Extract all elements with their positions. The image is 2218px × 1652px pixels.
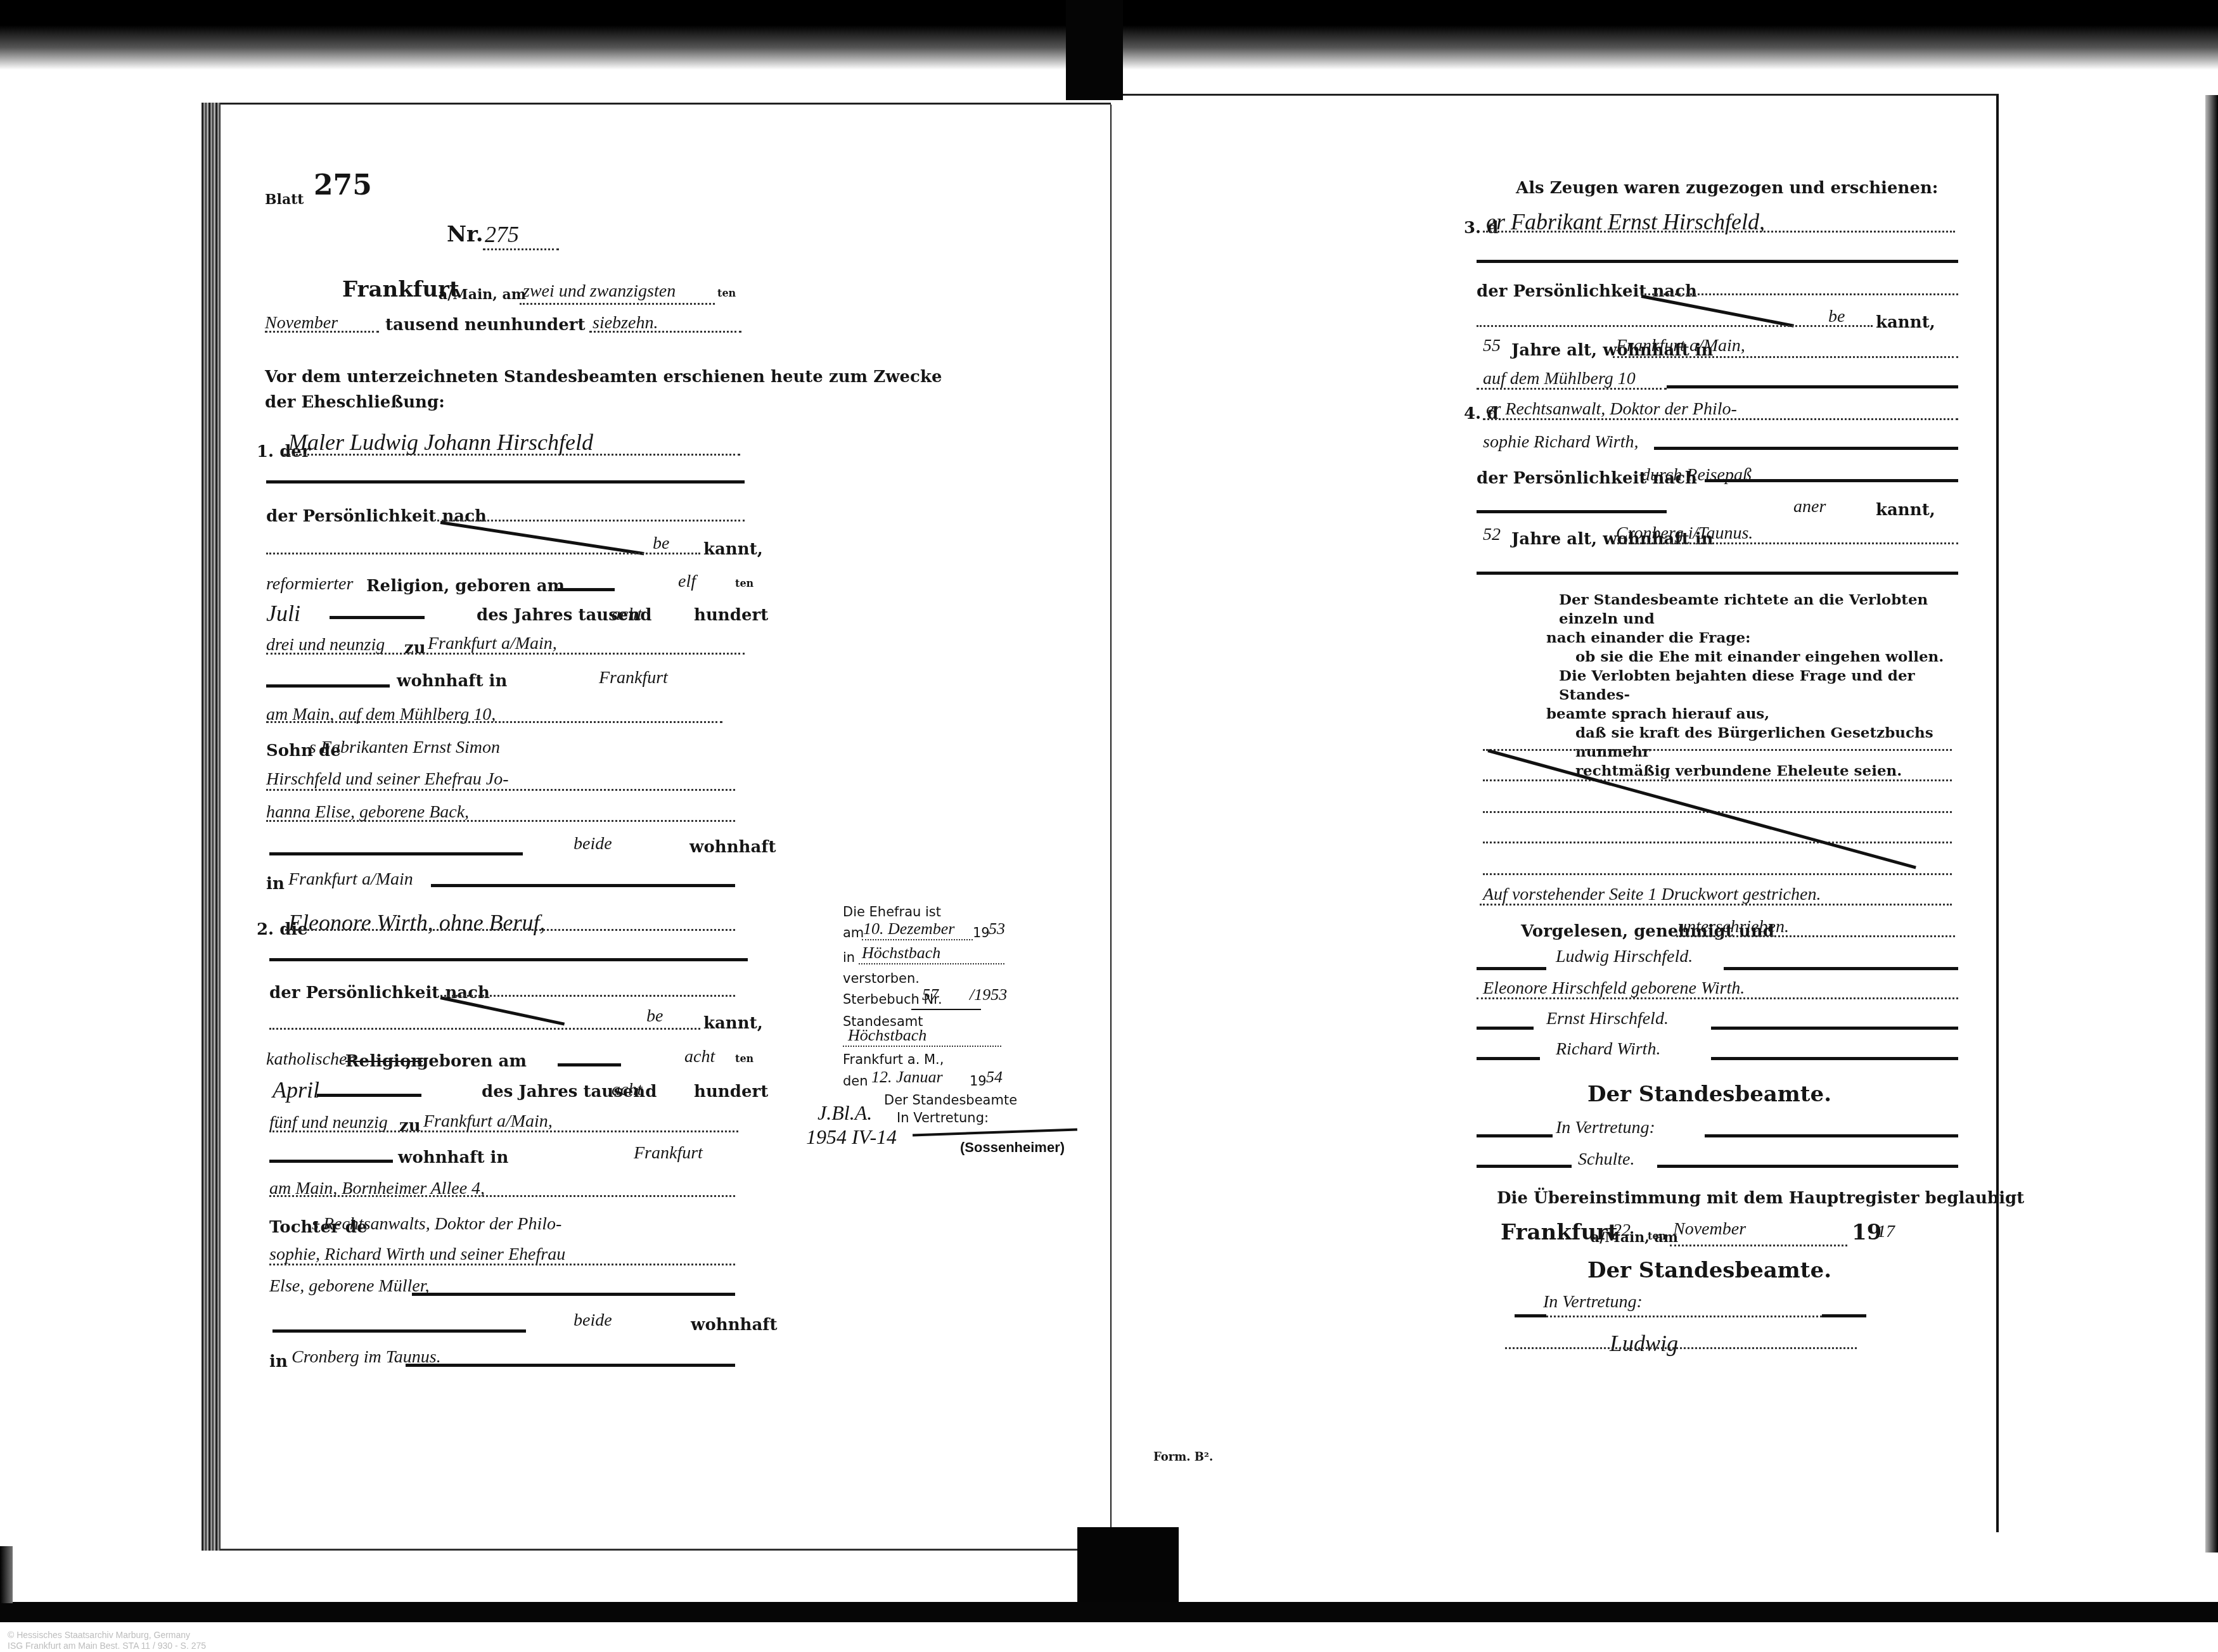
signature-witness-4: Richard Wirth. xyxy=(1556,1037,1660,1062)
groom-identity-suffix: kannt, xyxy=(703,540,763,559)
registrar-rule-1b xyxy=(1705,1134,1958,1137)
bride-name-line xyxy=(285,929,735,931)
witness-4-identity-hand: durch Reisepaß xyxy=(1641,463,1752,488)
stamp-register-no: 57 xyxy=(922,986,939,1004)
blank-line-1 xyxy=(1483,749,1952,751)
groom-birth-month: Juli xyxy=(266,601,300,626)
cert-month-line xyxy=(1670,1245,1847,1246)
stamp-issued-year-prefix: 19 xyxy=(970,1072,987,1090)
intro-line-1: Vor dem unterzeichneten Standesbeamten e… xyxy=(265,368,942,387)
groom-residence-label: wohnhaft in xyxy=(397,672,507,691)
bride-religion-label: , geboren am xyxy=(406,1052,527,1071)
sig-rule-3b xyxy=(1711,1027,1958,1030)
bride-res-line xyxy=(269,1195,735,1197)
cert-signature: Ludwig xyxy=(1610,1331,1678,1356)
cert-deputy: In Vertretung: xyxy=(1543,1290,1643,1315)
witness-3-res-rule xyxy=(1667,385,1958,388)
book-binding xyxy=(202,103,221,1551)
cert-day: 22 xyxy=(1613,1218,1631,1243)
bride-parents-res-rule xyxy=(406,1364,735,1367)
bride-hundred-label: hundert xyxy=(694,1082,768,1101)
cert-title: Der Standesbeamte. xyxy=(1587,1261,1831,1280)
ceremony-line-5: beamte sprach hierauf aus, xyxy=(1546,705,1952,724)
cert-rule-1b xyxy=(1822,1314,1866,1317)
scan-bottom-band xyxy=(0,1602,2218,1622)
bride-birth-day: acht xyxy=(684,1044,715,1070)
witness-3-res-line xyxy=(1613,356,1958,358)
sig-line-2 xyxy=(1477,997,1958,999)
date-day-line xyxy=(520,303,715,305)
entry-number-line xyxy=(483,248,559,250)
witness-3-rule xyxy=(1477,260,1958,263)
witness-4-identity-rule xyxy=(1705,479,1958,482)
stamp-margin-note-1: J.Bl.A. xyxy=(817,1104,872,1122)
bride-identity-hand: be xyxy=(646,1004,663,1029)
signature-groom: Ludwig Hirschfeld. xyxy=(1556,944,1693,970)
groom-parents-res-label: wohnhaft xyxy=(689,838,776,857)
archive-copyright: © Hessisches Staatsarchiv Marburg, Germa… xyxy=(8,1630,206,1651)
stamp-place-label: in xyxy=(843,949,855,966)
bride-identity-line xyxy=(440,995,735,997)
bride-identity-suffix: kannt, xyxy=(703,1014,763,1033)
witness-4-rule xyxy=(1477,572,1958,575)
sheet-label: Blatt xyxy=(265,190,304,209)
witness-4-name-line xyxy=(1483,418,1958,420)
bride-birth-place-label: zu xyxy=(399,1117,421,1136)
read-line xyxy=(1676,935,1955,937)
copyright-line-1: © Hessisches Staatsarchiv Marburg, Germa… xyxy=(8,1630,206,1641)
cert-day-suffix: ten xyxy=(1648,1227,1666,1246)
stamp-date-line xyxy=(862,939,973,940)
groom-religion-hand: reformierter xyxy=(266,572,353,597)
bride-parents-line xyxy=(269,1264,735,1265)
registrar-rule-2a xyxy=(1477,1165,1572,1168)
witness-3-identity-line-2 xyxy=(1477,325,1873,327)
groom-parents-res-rule xyxy=(431,884,735,887)
ceremony-line-6: daß sie kraft des Bürgerlichen Gesetzbuc… xyxy=(1546,724,1952,762)
witness-4-name-rule xyxy=(1654,447,1958,450)
groom-bday-rule xyxy=(558,588,615,591)
registrar-title: Der Standesbeamte. xyxy=(1587,1085,1831,1104)
stamp-city-label: Frankfurt a. M., xyxy=(843,1051,944,1068)
signature-witness-3: Ernst Hirschfeld. xyxy=(1546,1006,1669,1032)
blank-line-4 xyxy=(1483,842,1952,843)
witness-4-identity-suffix: kannt, xyxy=(1876,501,1935,520)
groom-residence-1: Frankfurt xyxy=(599,665,668,691)
witness-4-age: 52 xyxy=(1483,522,1501,547)
groom-birth-day-suffix: ten xyxy=(735,574,753,593)
cert-month: November xyxy=(1673,1217,1746,1242)
bride-both-rule xyxy=(272,1329,526,1333)
witness-4-res-line xyxy=(1613,542,1958,544)
bride-birth-line xyxy=(269,1130,738,1132)
stamp-official-title: Der Standesbeamte xyxy=(884,1091,1017,1109)
stamp-line-1: Die Ehefrau ist xyxy=(843,903,941,921)
stamp-office-rule xyxy=(911,1009,981,1010)
place-suffix: a/Main, am xyxy=(439,285,526,304)
sig-rule-4a xyxy=(1477,1057,1540,1060)
blank-line-5 xyxy=(1483,873,1952,875)
year-printed: tausend neunhundert xyxy=(385,316,585,335)
stamp-issued-date: 12. Januar xyxy=(871,1068,943,1086)
bride-residence-label: wohnhaft in xyxy=(398,1148,508,1167)
blank-line-2 xyxy=(1483,779,1952,781)
ceremony-line-7: rechtmäßig verbundene Eheleute seien. xyxy=(1546,762,1952,781)
groom-residence-2: am Main, auf dem Mühlberg 10, xyxy=(266,702,496,727)
groom-hundred-label: hundert xyxy=(694,606,768,625)
witness-3-identity-line xyxy=(1641,293,1958,295)
witness-3-age: 55 xyxy=(1483,333,1501,359)
stamp-register-year: /1953 xyxy=(970,986,1007,1004)
intro-line-2: der Eheschließung: xyxy=(265,393,445,412)
stamp-office-line xyxy=(843,1046,1001,1047)
stamp-issued-year: 54 xyxy=(986,1068,1003,1086)
groom-parents-line-2 xyxy=(266,820,735,822)
cert-rule-1a xyxy=(1515,1314,1546,1317)
bride-res-rule xyxy=(269,1160,393,1163)
groom-name-rule xyxy=(266,480,745,483)
witness-3-name-line xyxy=(1483,231,1955,233)
bride-birth-day-suffix: ten xyxy=(735,1049,753,1068)
witness-heading: Als Zeugen waren zugezogen und erschiene… xyxy=(1516,179,1938,198)
stamp-death-place: Höchstbach xyxy=(862,944,940,962)
stamp-date-label: am xyxy=(843,924,864,942)
form-mark: Form. B². xyxy=(1153,1448,1213,1467)
bride-birth-century: acht xyxy=(612,1077,642,1103)
groom-parents-in-label: in xyxy=(266,874,285,893)
registrar-rule-2b xyxy=(1657,1165,1958,1168)
certification-line: Die Übereinstimmung mit dem Hauptregiste… xyxy=(1497,1189,2024,1208)
groom-month-rule xyxy=(330,616,425,619)
entry-number: 275 xyxy=(485,222,519,247)
groom-parents-line xyxy=(266,789,735,791)
bride-parents-rule xyxy=(412,1293,735,1296)
stamp-official-name: (Sossenheimer) xyxy=(960,1139,1065,1156)
bride-residence-1: Frankfurt xyxy=(634,1141,703,1166)
groom-res-line xyxy=(266,721,722,723)
cert-line-2 xyxy=(1505,1347,1857,1349)
sig-rule-1a xyxy=(1477,967,1546,970)
groom-parents-1: s Fabrikanten Ernst Simon xyxy=(309,735,500,760)
stamp-death-date: 10. Dezember xyxy=(863,920,954,938)
groom-res-rule xyxy=(266,684,390,688)
witness-4-identity-hand-2: aner xyxy=(1793,494,1826,520)
groom-birth-place-label: zu xyxy=(404,639,426,658)
copyright-line-2: ISG Frankfurt am Main Best. STA 11 / 930… xyxy=(8,1641,206,1651)
ceremony-line-1: Der Standesbeamte richtete an die Verlob… xyxy=(1546,591,1952,629)
bride-birth-month: April xyxy=(272,1077,319,1103)
bride-bday-rule xyxy=(558,1063,621,1066)
page-gutter xyxy=(1110,105,1112,1527)
entry-label: Nr. xyxy=(447,225,484,244)
cert-year: 17 xyxy=(1877,1219,1895,1245)
bride-parents-res-label: wohnhaft xyxy=(691,1316,777,1335)
groom-parents-residence: Frankfurt a/Main xyxy=(288,867,413,892)
groom-birth-line xyxy=(266,653,745,655)
groom-identity-line xyxy=(437,520,745,522)
date-year-line xyxy=(589,331,741,333)
stamp-margin-note-2: 1954 IV-14 xyxy=(806,1128,897,1146)
date-day-suffix: ten xyxy=(717,284,736,303)
bride-parents-both: beide xyxy=(574,1308,612,1333)
bookmark-ribbon-top xyxy=(1066,0,1123,100)
scan-left-edge xyxy=(0,1546,13,1603)
witness-3-identity-suffix: kannt, xyxy=(1876,313,1935,332)
witness-4-name-2: sophie Richard Wirth, xyxy=(1483,430,1639,455)
bride-identity-line-2 xyxy=(269,1028,700,1030)
correction-line xyxy=(1480,904,1952,906)
groom-both-rule xyxy=(269,852,523,855)
stamp-official-deputy: In Vertretung: xyxy=(897,1109,989,1127)
witness-3-residence-1: Frankfurt a/Main, xyxy=(1616,333,1745,359)
ceremony-line-2: nach einander die Frage: xyxy=(1546,629,1952,648)
groom-name-line xyxy=(284,454,740,456)
sig-rule-1b xyxy=(1724,967,1958,970)
bride-residence-2: am Main, Bornheimer Allee 4, xyxy=(269,1176,485,1201)
ceremony-line-3: ob sie die Ehe mit einander eingehen wol… xyxy=(1546,648,1952,667)
scan-right-edge xyxy=(2205,95,2218,1553)
bride-name: Eleonore Wirth, ohne Beruf, xyxy=(288,910,546,935)
registrar-deputy: In Vertretung: xyxy=(1556,1115,1655,1141)
registrar-rule-1a xyxy=(1477,1134,1553,1137)
bride-month-rule xyxy=(317,1094,421,1097)
groom-birth-day: elf xyxy=(678,569,696,594)
registrar-signature: Schulte. xyxy=(1578,1147,1634,1172)
date-day-hand: zwei und zwanzigsten xyxy=(523,279,676,304)
groom-birth-century: acht xyxy=(612,602,642,627)
bride-parents-1: s Rechtsanwalts, Doktor der Philo- xyxy=(312,1212,561,1237)
groom-parents-2: Hirschfeld und seiner Ehefrau Jo- xyxy=(266,767,509,792)
date-month-line xyxy=(265,331,379,333)
groom-parents-both: beide xyxy=(574,831,612,857)
groom-identity-line-2 xyxy=(266,553,700,554)
witness-4-identity-rule-2 xyxy=(1477,510,1667,513)
ceremony-text: Der Standesbeamte richtete an die Verlob… xyxy=(1546,591,1952,781)
sheet-number: 275 xyxy=(314,176,372,195)
bride-name-rule xyxy=(269,958,748,961)
sig-rule-3a xyxy=(1477,1027,1534,1030)
bride-parents-in-label: in xyxy=(269,1352,288,1371)
stamp-died-label: verstorben. xyxy=(843,970,920,987)
groom-name: Maler Ludwig Johann Hirschfeld xyxy=(288,430,593,455)
sig-rule-4b xyxy=(1711,1057,1958,1060)
bride-religion-hand: katholischer xyxy=(266,1047,354,1072)
groom-religion-label: Religion, geboren am xyxy=(366,577,565,596)
witness-3-identity-label: der Persönlichkeit nach xyxy=(1477,282,1697,301)
stamp-issued-label: den xyxy=(843,1072,868,1090)
bride-parents-3: Else, geborene Müller, xyxy=(269,1274,429,1299)
stamp-place-line xyxy=(859,963,1004,964)
stamp-office: Höchstbach xyxy=(848,1027,926,1044)
stamp-death-year-prefix: 19 xyxy=(973,924,990,942)
stamp-death-year: 53 xyxy=(989,920,1005,938)
witness-3-res-line-2 xyxy=(1477,388,1667,390)
ceremony-line-4: Die Verlobten bejahten diese Frage und d… xyxy=(1546,667,1952,705)
cert-line-1 xyxy=(1546,1316,1822,1317)
